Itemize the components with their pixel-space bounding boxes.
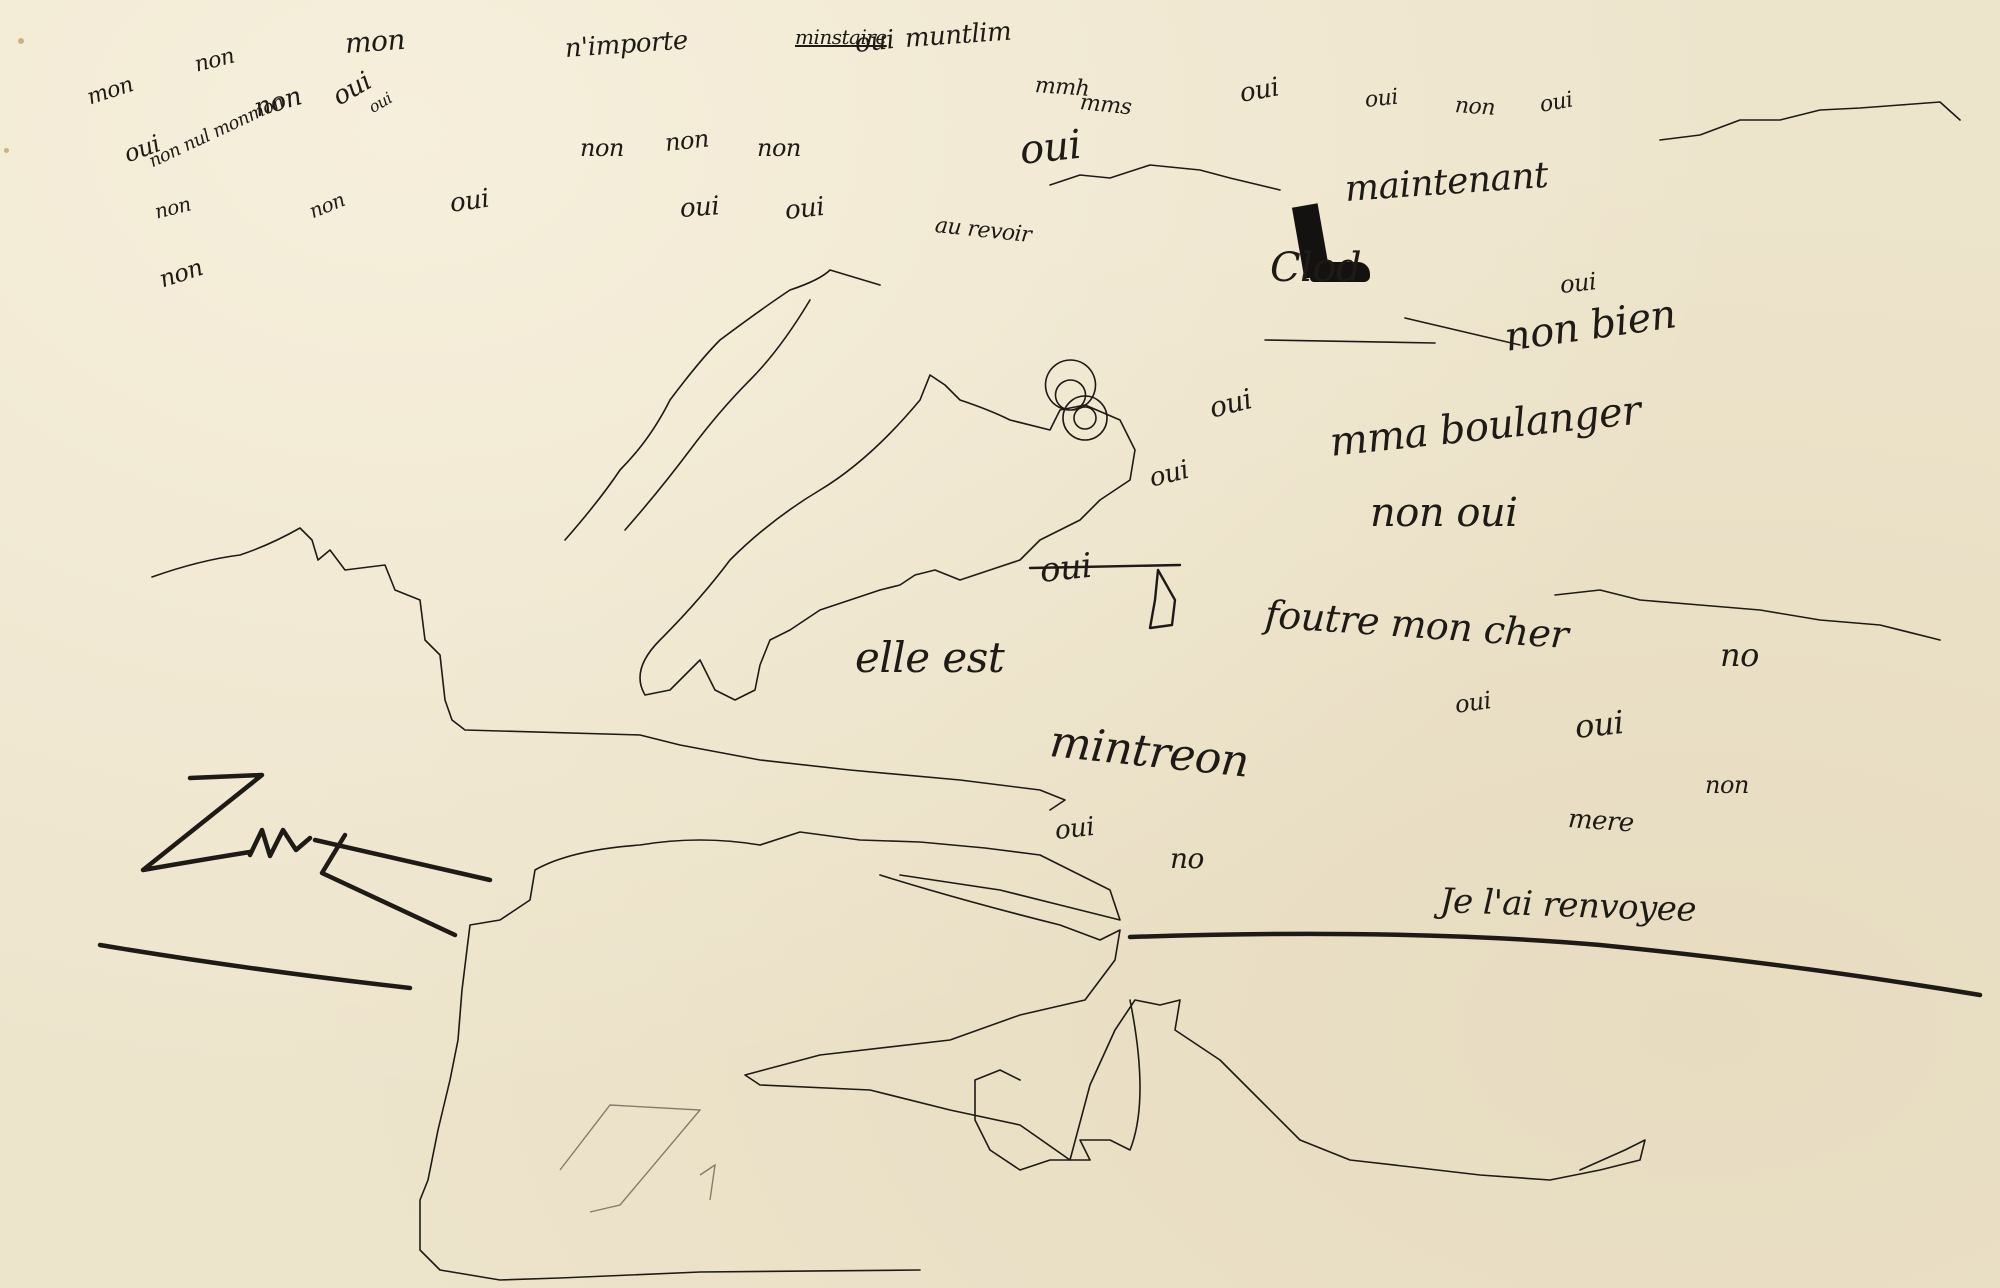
handwritten-word: no bbox=[1720, 636, 1759, 674]
handwritten-word: Clod bbox=[1270, 245, 1361, 291]
handwritten-word: oui bbox=[448, 184, 491, 219]
handwritten-word: oui bbox=[1053, 812, 1095, 846]
top-right-scribble bbox=[1660, 102, 1960, 140]
handwritten-word: elle est bbox=[855, 633, 1004, 682]
pencil-mark-one bbox=[700, 1165, 715, 1200]
handwritten-word: oui bbox=[1453, 686, 1493, 719]
handwritten-word: oui bbox=[853, 25, 895, 59]
handwritten-word: oui bbox=[1573, 703, 1625, 746]
handwritten-word: non bbox=[1705, 771, 1749, 799]
handwritten-word: oui bbox=[679, 191, 720, 224]
artwork-sheet: monnonmonouinonouinon nul monmonouinonno… bbox=[0, 0, 2000, 1288]
handwritten-word: oui bbox=[1364, 85, 1399, 113]
handwritten-word: non oui bbox=[1370, 490, 1517, 536]
handwritten-word: non bbox=[580, 134, 624, 162]
handwritten-word: non bbox=[1454, 93, 1496, 121]
handwritten-word: oui bbox=[1018, 122, 1084, 174]
handwritten-word: non bbox=[664, 124, 711, 156]
ono-stroke bbox=[1050, 165, 1280, 190]
wave-lines bbox=[565, 270, 880, 540]
clod-underline bbox=[1265, 340, 1435, 343]
scribble-stroke bbox=[1555, 590, 1940, 640]
zut-lettering bbox=[100, 775, 490, 988]
horizon-stroke bbox=[1130, 934, 1980, 995]
pencil-mark bbox=[560, 1105, 700, 1212]
handwritten-word: mere bbox=[1567, 804, 1635, 839]
handwritten-word: oui bbox=[1559, 267, 1598, 299]
handwritten-word: mms bbox=[1079, 90, 1133, 120]
handwritten-word: oui bbox=[1038, 546, 1094, 591]
handwritten-word: oui bbox=[783, 192, 825, 226]
handwritten-word: non bbox=[757, 134, 801, 162]
handwritten-word: mon bbox=[344, 23, 406, 60]
handwritten-word: no bbox=[1170, 842, 1204, 875]
